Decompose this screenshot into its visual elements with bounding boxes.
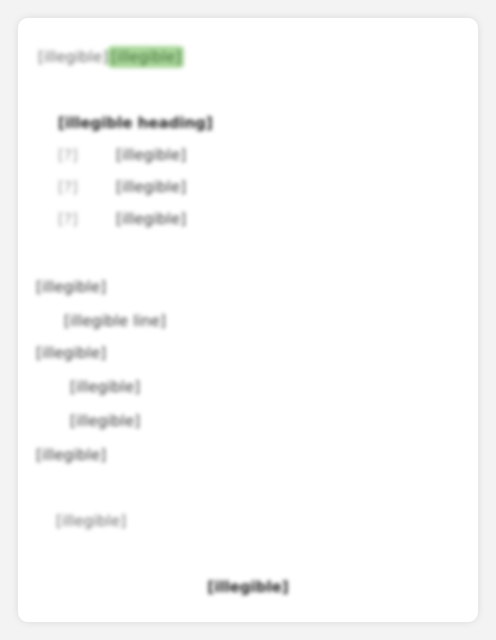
document-card: [illegible][illegible] [illegible headin… <box>18 18 478 622</box>
item-text: [illegible] <box>116 178 186 196</box>
title-highlight: [illegible] <box>108 46 184 68</box>
numbered-item: [?][illegible] <box>58 210 186 228</box>
item-number: [?] <box>58 210 116 228</box>
note-line: [illegible] <box>36 446 106 464</box>
item-number: [?] <box>58 178 116 196</box>
section2-sub-item: [illegible] <box>70 412 140 430</box>
document-title: [illegible][illegible] <box>38 48 184 66</box>
section1-line: [illegible line] <box>64 312 166 330</box>
footer-line: [illegible] <box>56 512 126 530</box>
bottom-line: [illegible] <box>18 578 478 596</box>
numbered-item: [?][illegible] <box>58 178 186 196</box>
numbered-item: [?][illegible] <box>58 146 186 164</box>
item-number: [?] <box>58 146 116 164</box>
item-text: [illegible] <box>116 210 186 228</box>
item-text: [illegible] <box>116 146 186 164</box>
section1-label: [illegible] <box>36 278 106 296</box>
section2-label: [illegible] <box>36 344 106 362</box>
section2-sub-item: [illegible] <box>70 378 140 396</box>
section-heading: [illegible heading] <box>58 114 213 132</box>
title-prefix: [illegible] <box>38 48 108 66</box>
